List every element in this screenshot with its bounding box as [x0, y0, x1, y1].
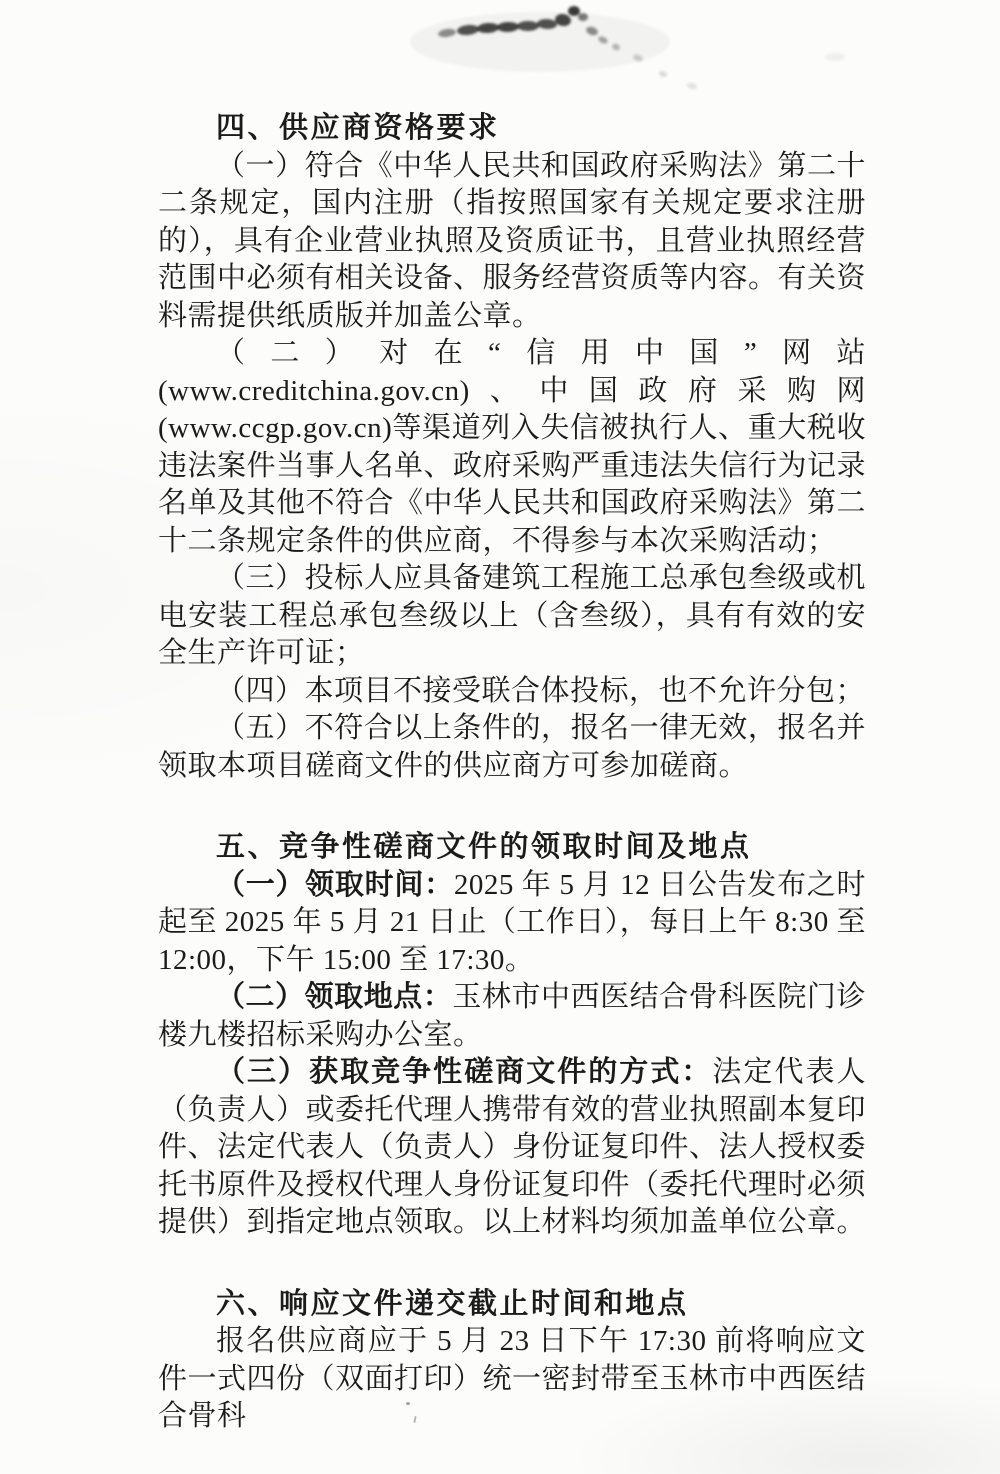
- bold-run: （一）领取时间：: [216, 869, 454, 901]
- section-heading: 四、供应商资格要求: [158, 110, 866, 148]
- document-body: 四、供应商资格要求（一）符合《中华人民共和国政府采购法》第二十二条规定，国内注册…: [158, 110, 866, 1436]
- text-run: （五）不符合以上条件的，报名一律无效，报名并领取本项目磋商文件的供应商方可参加磋…: [158, 712, 866, 782]
- paragraph: （一）符合《中华人民共和国政府采购法》第二十二条规定，国内注册（指按照国家有关规…: [158, 148, 866, 336]
- text-run: （四）本项目不接受联合体投标，也不允许分包；: [216, 675, 865, 707]
- paragraph: （五）不符合以上条件的，报名一律无效，报名并领取本项目磋商文件的供应商方可参加磋…: [158, 710, 866, 785]
- text-run: 报名供应商应于 5 月 23 日下午 17:30 前将响应文件一式四份（双面打印…: [158, 1325, 866, 1432]
- paragraph: （一）领取时间：2025 年 5 月 12 日公告发布之时起至 2025 年 5…: [158, 867, 866, 980]
- paragraph: （二）领取地点：玉林市中西医结合骨科医院门诊楼九楼招标采购办公室。: [158, 979, 866, 1054]
- text-run: （三）投标人应具备建筑工程施工总承包叁级或机电安装工程总承包叁级以上（含叁级），…: [158, 562, 866, 669]
- text-run: （二）对在“信用中国”网站(www.creditchina.gov.cn)、中国…: [158, 337, 866, 557]
- paragraph: （三）获取竞争性磋商文件的方式：法定代表人（负责人）或委托代理人携带有效的营业执…: [158, 1054, 866, 1242]
- text-run: 五、竞争性磋商文件的领取时间及地点: [216, 831, 752, 863]
- section-heading: 六、响应文件递交截止时间和地点: [158, 1286, 866, 1324]
- bold-run: （二）领取地点：: [216, 981, 452, 1013]
- bold-run: （三）获取竞争性磋商文件的方式：: [216, 1056, 712, 1088]
- section-heading: 五、竞争性磋商文件的领取时间及地点: [158, 829, 866, 867]
- paragraph: 报名供应商应于 5 月 23 日下午 17:30 前将响应文件一式四份（双面打印…: [158, 1323, 866, 1436]
- paragraph: （二）对在“信用中国”网站(www.creditchina.gov.cn)、中国…: [158, 335, 866, 560]
- paragraph: （三）投标人应具备建筑工程施工总承包叁级或机电安装工程总承包叁级以上（含叁级），…: [158, 560, 866, 673]
- text-run: （一）符合《中华人民共和国政府采购法》第二十二条规定，国内注册（指按照国家有关规…: [158, 150, 866, 332]
- text-run: 四、供应商资格要求: [216, 112, 500, 144]
- scanned-document-page: 四、供应商资格要求（一）符合《中华人民共和国政府采购法》第二十二条规定，国内注册…: [0, 0, 1000, 1474]
- paragraph: （四）本项目不接受联合体投标，也不允许分包；: [158, 673, 866, 711]
- scan-speck: [406, 1402, 410, 1405]
- text-run: 六、响应文件递交截止时间和地点: [216, 1288, 689, 1320]
